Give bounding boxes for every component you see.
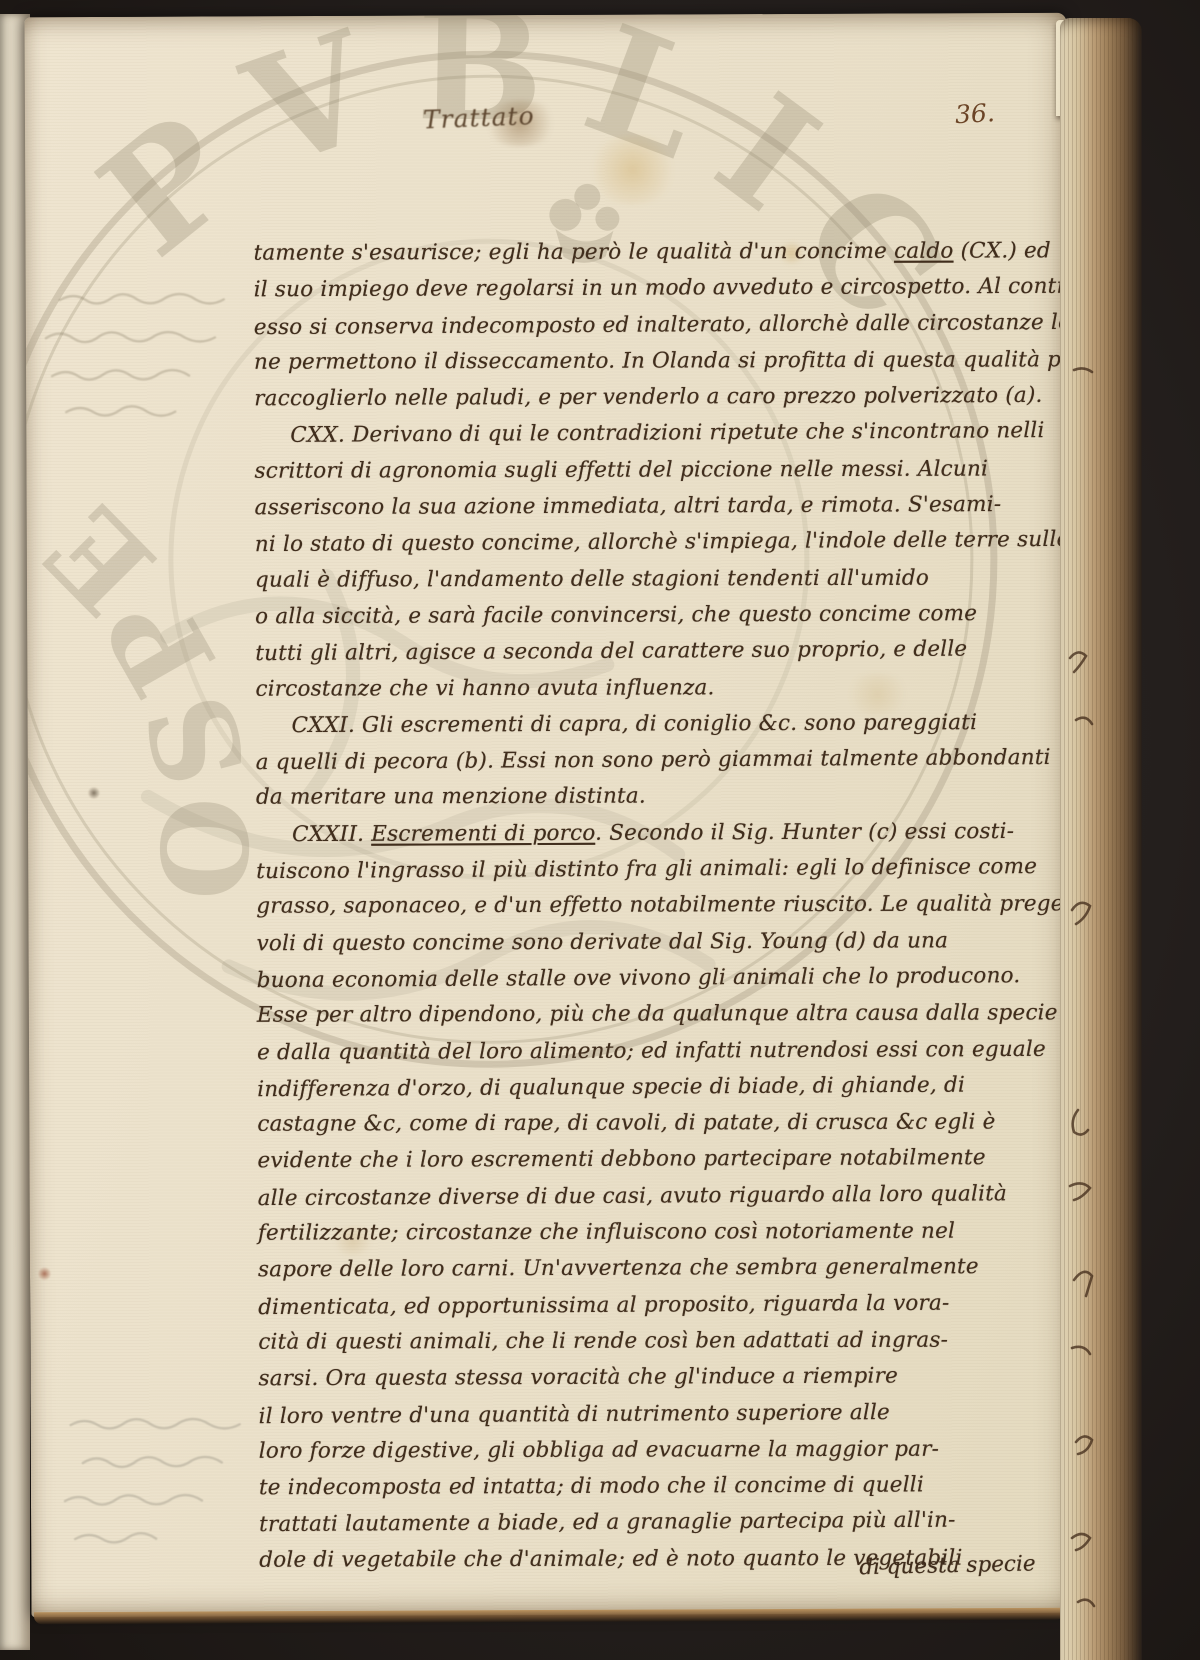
manuscript-line: scrittori di agronomia sugli effetti del… [254,451,1072,490]
manuscript-line: raccoglierlo nelle paludi, e per venderl… [254,378,1072,418]
manuscript-line: asseriscono la sua azione immediata, alt… [255,487,1073,527]
manuscript-line: dimenticata, ed opportunissima al propos… [258,1284,1076,1326]
manuscript-line: CXX. Derivano di qui le contradizioni ri… [254,413,1072,455]
ink-speck [88,787,100,799]
bleedthrough-note-lower [31,1388,287,1574]
manuscript-line: te indecomposta ed intatta; di modo che … [259,1467,1077,1507]
manuscript-line: esso si conserva indecomposto ed inalter… [254,304,1072,346]
manuscript-page: PVBLICA OSPERI [25,13,1074,1618]
manuscript-line: ne permettono il disseccamento. In Oland… [254,342,1072,381]
manuscript-line: a quelli di pecora (b). Essi non sono pe… [256,740,1074,782]
manuscript-line: fertilizzante; circostanze che influisco… [258,1213,1076,1252]
manuscript-line: sapore delle loro carni. Un'avvertenza c… [258,1249,1076,1289]
manuscript-line: quali è diffuso, l'andamento delle stagi… [255,560,1073,599]
manuscript-line: grasso, saponaceo, e d'un effetto notabi… [256,887,1074,926]
catchword: di questa specie [859,1551,1036,1580]
manuscript-line: tamente s'esaurisce; egli ha però le qua… [253,233,1071,272]
manuscript-line: il loro ventre d'una quantità di nutrime… [259,1393,1077,1435]
stamp-left-text: OSPERI [25,13,277,902]
manuscript-line: ni lo stato di questo concime, allorchè … [255,522,1073,564]
wax-speck [38,1267,51,1280]
manuscript-line: tutti gli altri, agisce a seconda del ca… [255,631,1073,673]
manuscript-line: o alla siccità, e sarà facile convincers… [255,596,1073,636]
manuscript-line: CXXI. Gli escrementi di capra, di conigl… [256,705,1074,745]
manuscript-line: indifferenza d'orzo, di qualunque specie… [257,1067,1075,1109]
photo-background: PVBLICA OSPERI [0,0,1200,1660]
manuscript-line: circostanze che vi hanno avuta influenza… [255,669,1073,708]
svg-text:OSPERI: OSPERI [25,13,277,902]
manuscript-line: tuiscono l'ingrasso il più distinto fra … [256,849,1074,891]
manuscript-line: loro forze digestive, gli obbliga ad eva… [259,1431,1077,1470]
page-number: 36. [954,98,995,129]
manuscript-line: Esse per altro dipendono, più che da qua… [257,996,1075,1035]
manuscript-line: alle circostanze diverse di due casi, av… [258,1176,1076,1218]
foxing-stain [585,134,680,204]
bleedthrough-note-upper [32,271,258,447]
manuscript-line: da meritare una menzione distinta. [256,778,1074,817]
manuscript-line: e dalla quantità del loro alimento; ed i… [257,1031,1075,1071]
fore-edge-ink-marks [1060,18,1142,1660]
fore-edge-stack [1060,18,1142,1660]
manuscript-line: trattati lautamente a biade, ed a granag… [259,1502,1077,1544]
manuscript-line: castagne &c, come di rape, di cavoli, di… [257,1104,1075,1143]
manuscript-line: voli di questo concime sono derivate dal… [256,922,1074,962]
manuscript-line: CXXII. Escrementi di porco. Secondo il S… [256,813,1074,853]
page-header-title: Trattato [422,101,535,134]
manuscript-line: il suo impiego deve regolarsi in un modo… [254,269,1072,309]
manuscript-line: buona economia delle stalle ove vivono g… [257,958,1075,1000]
text-block: tamente s'esaurisce; egli ha però le qua… [253,233,1077,1580]
manuscript-line: cità di questi animali, che li rende cos… [258,1322,1076,1361]
manuscript-line: sarsi. Ora questa stessa voracità che gl… [258,1358,1076,1398]
manuscript-line: evidente che i loro escrementi debbono p… [257,1140,1075,1180]
